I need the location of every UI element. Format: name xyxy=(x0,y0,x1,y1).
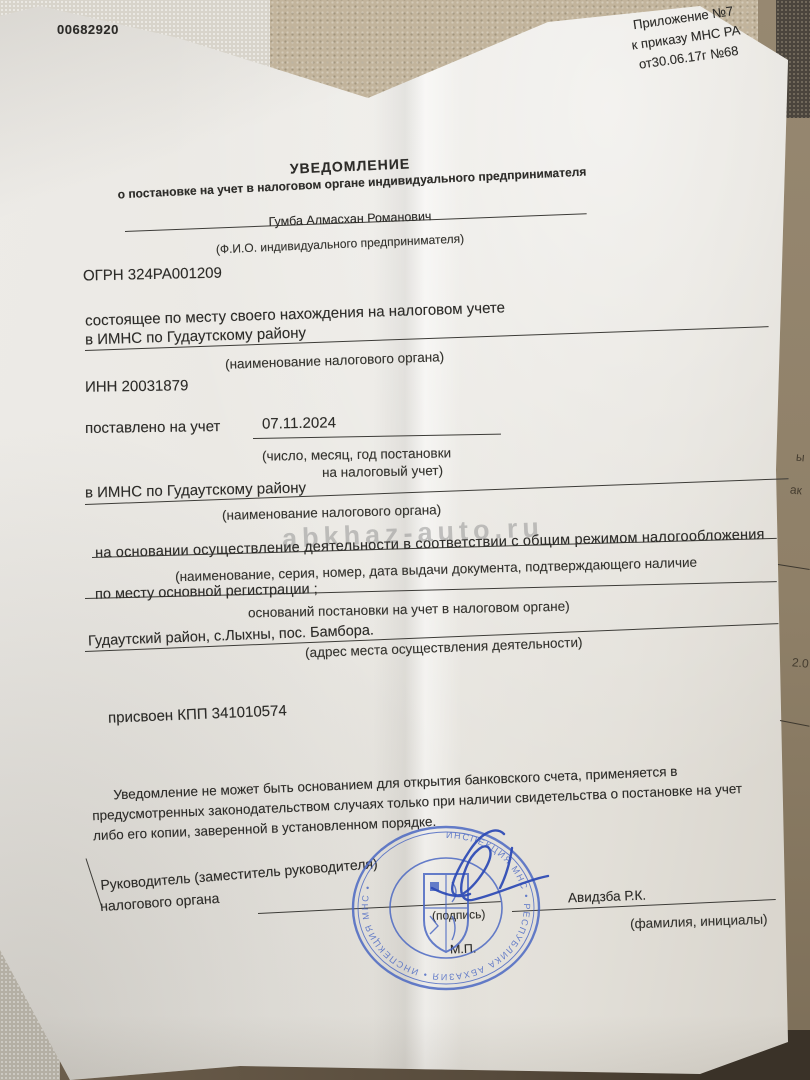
serial-number: 00682920 xyxy=(57,22,119,37)
document-photo: abkhaz-auto.ru 00682920 Приложение №7 к … xyxy=(0,0,810,1080)
signatory-name: Авидзба Р.К. xyxy=(568,888,647,906)
under-paper-fragment: ы xyxy=(795,450,805,465)
under-paper-fragment: ак xyxy=(789,482,802,497)
ogrn-line: ОГРН 324РА001209 xyxy=(83,265,222,285)
registration-caption-2: на налоговый учет) xyxy=(322,463,443,480)
registration-label: поставлено на учет xyxy=(85,418,221,437)
handwritten-signature xyxy=(392,818,562,928)
registration-date: 07.11.2024 xyxy=(262,414,336,432)
under-paper-fragment: 2.0 xyxy=(791,655,809,671)
inn-line: ИНН 20031879 xyxy=(85,377,189,395)
